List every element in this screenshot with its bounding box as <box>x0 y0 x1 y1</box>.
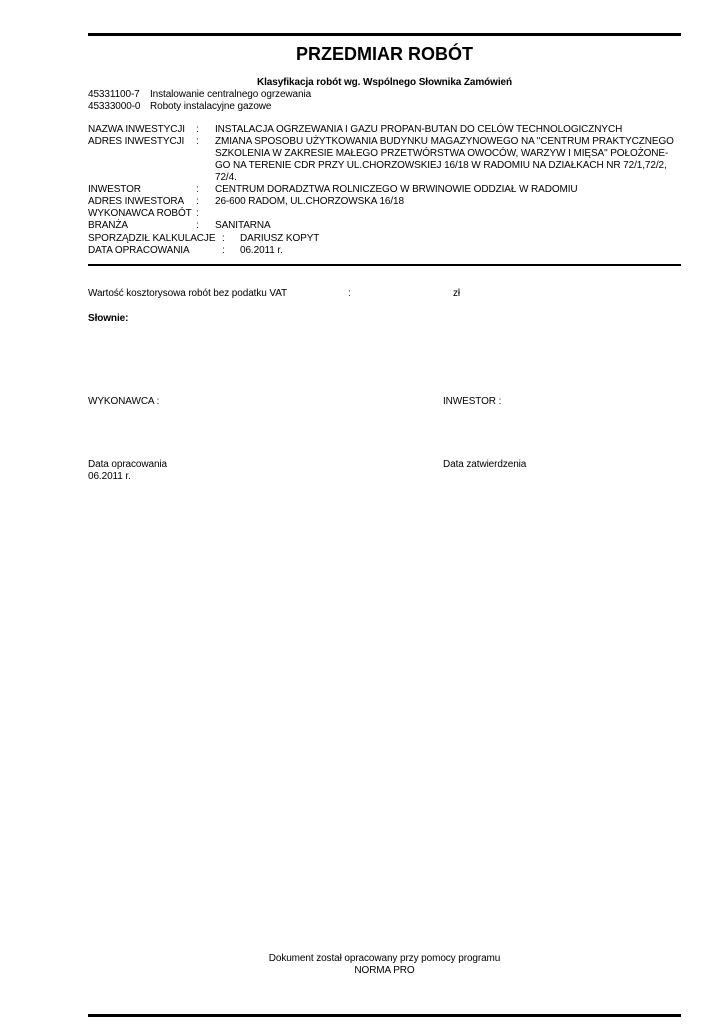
info-label: ADRES INWESTYCJI <box>88 136 196 184</box>
info-label: WYKONAWCA ROBÓT <box>88 208 196 220</box>
date-prepared-value: 06.2011 r. <box>88 471 131 482</box>
prep-colon: : <box>222 233 240 245</box>
date-approved-label: Data zatwierdzenia <box>443 459 526 471</box>
info-colon: : <box>196 184 215 196</box>
cpv-label: Roboty instalacyjne gazowe <box>150 101 681 113</box>
prep-label: SPORZĄDZIŁ KALKULACJE <box>88 233 222 245</box>
classification-list: 45331100-7 Instalowanie centralnego ogrz… <box>88 89 681 113</box>
info-value: 26-600 RADOM, UL.CHORZOWSKA 16/18 <box>215 196 688 208</box>
classification-row: 45333000-0 Roboty instalacyjne gazowe <box>88 101 681 113</box>
top-rule <box>88 33 681 36</box>
footer-line1: Dokument został opracowany przy pomocy p… <box>269 953 501 964</box>
info-colon: : <box>196 208 215 220</box>
prep-row: DATA OPRACOWANIA : 06.2011 r. <box>88 245 688 257</box>
prep-row: SPORZĄDZIŁ KALKULACJE : DARIUSZ KOPYT <box>88 233 688 245</box>
prep-value: 06.2011 r. <box>240 245 688 257</box>
info-label: BRANŻA <box>88 220 196 232</box>
info-row: WYKONAWCA ROBÓT : <box>88 208 688 220</box>
info-value: ZMIANA SPOSOBU UŻYTKOWANIA BUDYNKU MAGAZ… <box>215 136 688 184</box>
prep-colon: : <box>222 245 240 257</box>
preparation-info-block: SPORZĄDZIŁ KALKULACJE : DARIUSZ KOPYT DA… <box>88 233 688 257</box>
info-value: CENTRUM DORADZTWA ROLNICZEGO W BRWINOWIE… <box>215 184 688 196</box>
info-row: ADRES INWESTYCJI : ZMIANA SPOSOBU UŻYTKO… <box>88 136 688 184</box>
info-row: INWESTOR : CENTRUM DORADZTWA ROLNICZEGO … <box>88 184 688 196</box>
cpv-label: Instalowanie centralnego ogrzewania <box>150 89 681 101</box>
investor-signature-label: INWESTOR : <box>443 396 501 408</box>
classification-row: 45331100-7 Instalowanie centralnego ogrz… <box>88 89 681 101</box>
total-value-label: Wartość kosztorysowa robót bez podatku V… <box>88 288 287 300</box>
investment-info-block: NAZWA INWESTYCJI : INSTALACJA OGRZEWANIA… <box>88 124 688 232</box>
info-label: INWESTOR <box>88 184 196 196</box>
prep-value: DARIUSZ KOPYT <box>240 233 688 245</box>
cpv-code: 45333000-0 <box>88 101 150 113</box>
classification-header: Klasyfikacja robót wg. Wspólnego Słownik… <box>88 77 681 89</box>
info-row: NAZWA INWESTYCJI : INSTALACJA OGRZEWANIA… <box>88 124 688 136</box>
contractor-signature-label: WYKONAWCA : <box>88 396 159 408</box>
separator-rule <box>88 264 681 266</box>
document-page: PRZEDMIAR ROBÓT Klasyfikacja robót wg. W… <box>0 0 724 1024</box>
info-row: BRANŻA : SANITARNA <box>88 220 688 232</box>
date-prepared-block: Data opracowania 06.2011 r. <box>88 459 167 483</box>
prep-label: DATA OPRACOWANIA <box>88 245 222 257</box>
info-colon: : <box>196 136 215 184</box>
info-value <box>215 208 688 220</box>
page-title: PRZEDMIAR ROBÓT <box>88 45 681 64</box>
info-label: NAZWA INWESTYCJI <box>88 124 196 136</box>
total-value-colon: : <box>348 288 351 300</box>
footer-line2: NORMA PRO <box>354 965 414 976</box>
cpv-code: 45331100-7 <box>88 89 150 101</box>
info-value: INSTALACJA OGRZEWANIA I GAZU PROPAN-BUTA… <box>215 124 688 136</box>
info-label: ADRES INWESTORA <box>88 196 196 208</box>
total-value-line: Wartość kosztorysowa robót bez podatku V… <box>0 288 724 300</box>
amount-in-words-label: Słownie: <box>88 313 128 325</box>
footer-note: Dokument został opracowany przy pomocy p… <box>88 953 681 977</box>
info-colon: : <box>196 196 215 208</box>
info-colon: : <box>196 124 215 136</box>
currency-label: zł <box>453 288 460 300</box>
date-prepared-label: Data opracowania <box>88 459 167 470</box>
info-colon: : <box>196 220 215 232</box>
info-row: ADRES INWESTORA : 26-600 RADOM, UL.CHORZ… <box>88 196 688 208</box>
bottom-rule <box>88 1014 681 1017</box>
info-value: SANITARNA <box>215 220 688 232</box>
